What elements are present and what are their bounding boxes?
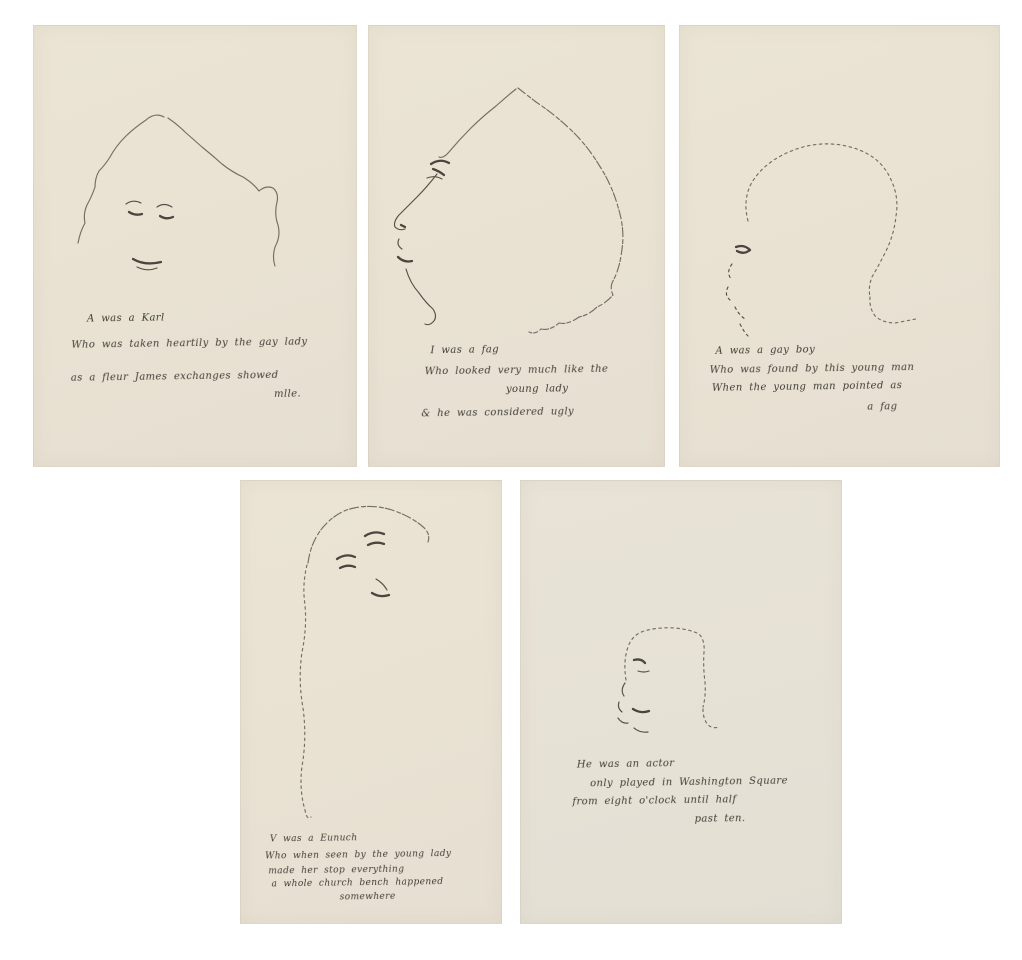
artwork-sheet-1: A was a Karl Who was taken heartily by t… [33,25,357,467]
caption-line: & he was considered ugly [421,406,574,419]
artwork-sheet-3: A was a gay boy Who was found by this yo… [679,25,1000,467]
handwritten-caption-5: He was an actor only played in Washingto… [518,479,844,925]
artwork-board: A was a Karl Who was taken heartily by t… [0,0,1022,960]
handwritten-caption-2: I was a fag Who looked very much like th… [366,24,667,468]
caption-line: A was a Karl [87,312,165,324]
caption-line: a whole church bench happened [271,877,443,889]
caption-line: young lady [506,383,568,395]
caption-line: Who was taken heartily by the gay lady [71,336,307,350]
artwork-sheet-4: V was a Eunuch Who when seen by the youn… [240,480,502,924]
handwritten-caption-3: A was a gay boy Who was found by this yo… [677,24,1002,468]
caption-line: past ten. [695,813,746,825]
caption-line: Who was found by this young man [710,362,915,376]
artwork-sheet-5: He was an actor only played in Washingto… [520,480,842,924]
caption-line: from eight o'clock until half [572,794,736,807]
caption-line: I was a fag [430,344,499,356]
caption-line: only played in Washington Square [590,776,788,790]
caption-line: Who when seen by the young lady [265,849,451,862]
handwritten-caption-4: V was a Eunuch Who when seen by the youn… [238,479,504,925]
caption-line: V was a Eunuch [270,833,358,844]
caption-line: somewhere [340,892,396,903]
caption-line: When the young man pointed as [712,380,902,394]
artwork-sheet-2: I was a fag Who looked very much like th… [368,25,665,467]
caption-line: Who looked very much like the [425,364,609,378]
caption-line: He was an actor [577,758,675,770]
caption-line: a fag [867,401,897,412]
caption-line: made her stop everything [268,865,404,877]
caption-line: mlle. [274,389,301,400]
caption-line: A was a gay boy [715,344,815,356]
handwritten-caption-1: A was a Karl Who was taken heartily by t… [31,24,359,468]
caption-line: as a fleur James exchanges showed [71,370,279,384]
